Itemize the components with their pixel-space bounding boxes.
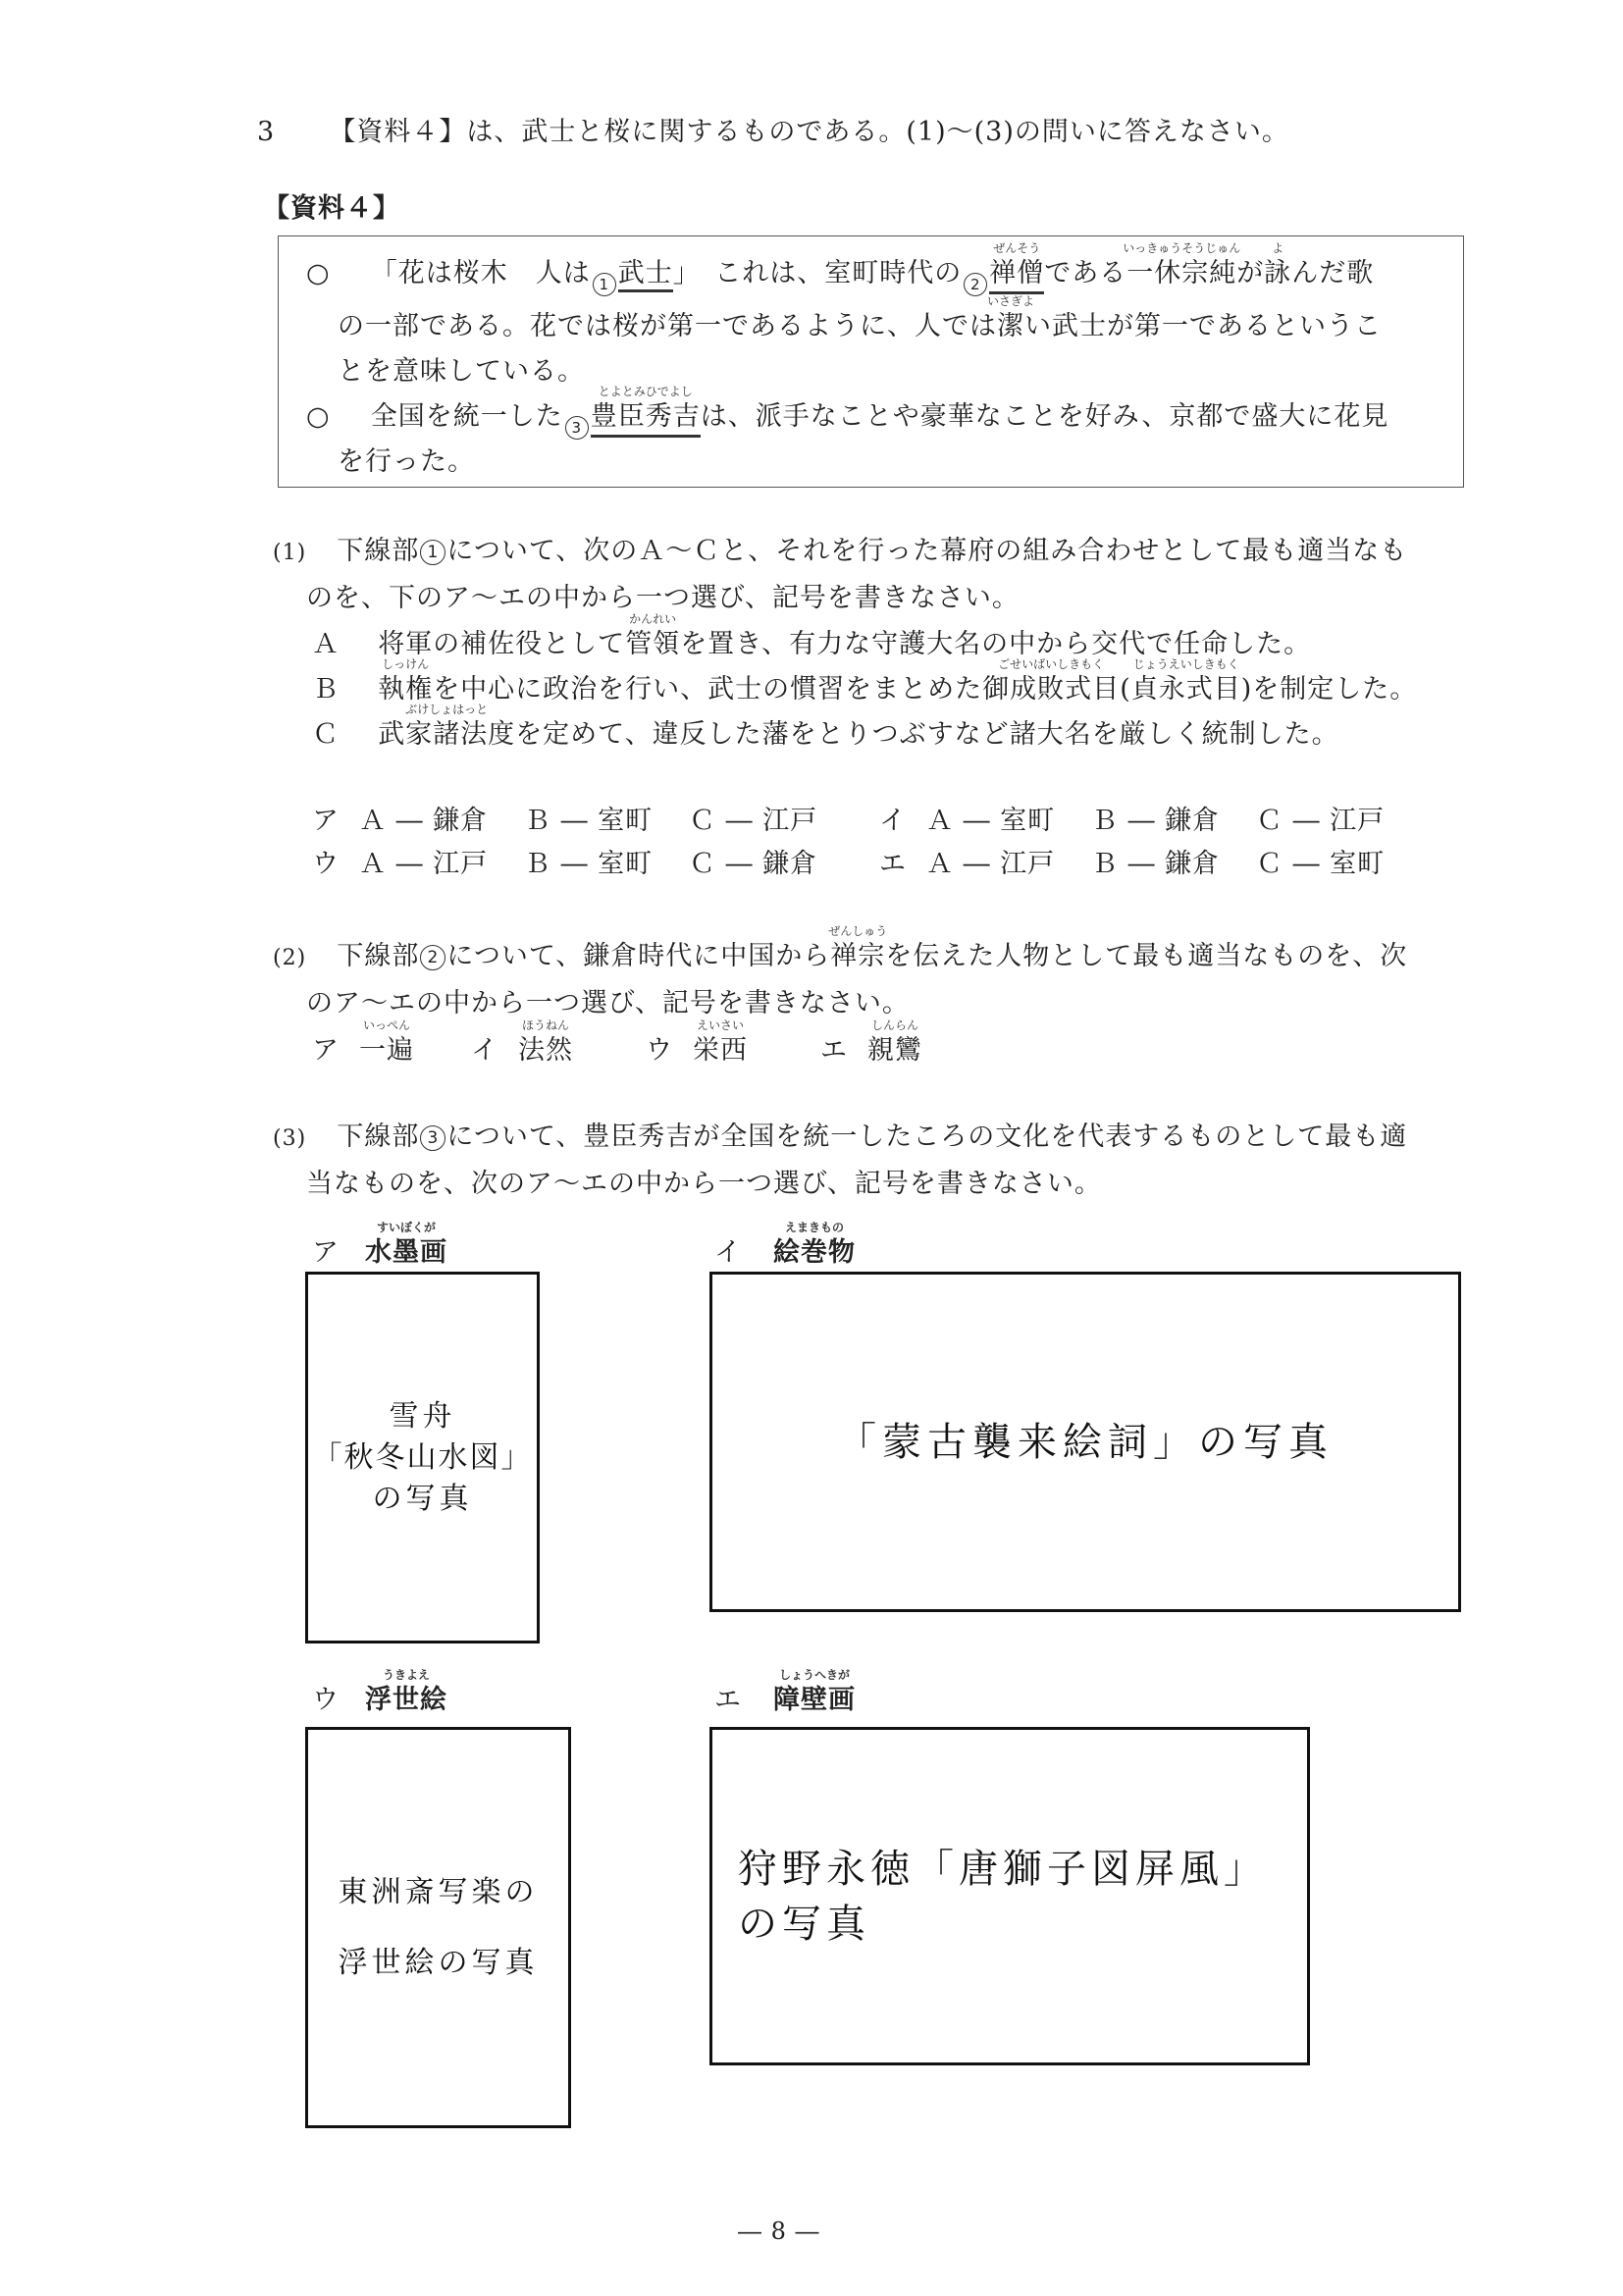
choice-part: Ｂ ― 鎌倉 — [1091, 848, 1256, 881]
q2-choice-a[interactable]: アいっぺん一遍 — [312, 1034, 471, 1068]
choice-part: Ｃ ― 室町 — [1256, 849, 1385, 879]
word: 禅僧 — [989, 258, 1044, 288]
underline-marker-2: 2 — [964, 273, 987, 296]
photo-caption: 狩野永徳「唐獅子図屏風」 の写真 — [738, 1842, 1268, 1952]
photo-caption: 東洲斎写楽の 浮世絵の写真 — [339, 1857, 539, 1999]
text: を置き、有力な守護大名の中から交代で任命した。 — [680, 629, 1311, 659]
underlined-zenso: ぜんそう禅僧 — [989, 257, 1044, 294]
choice-label: ウ — [646, 1034, 693, 1068]
q2-choice-u[interactable]: ウえいさい栄西 — [646, 1034, 820, 1068]
ruby-word: ほうねん法然 — [518, 1034, 573, 1068]
bullet-circle: ○ — [306, 401, 331, 432]
word: 執権 — [378, 674, 433, 704]
text: 」 これは、室町時代の — [673, 258, 963, 288]
option-title: 絵巻物 — [773, 1237, 856, 1268]
caption-line: の写真 — [738, 1897, 1268, 1952]
word: 潔 — [997, 311, 1024, 341]
word: 貞永式目 — [1131, 674, 1241, 704]
choice-part: Ａ ― 江戸 — [926, 848, 1091, 881]
choice-label: エ — [879, 848, 926, 881]
q1-prompt-line1: (1) 下線部1について、次のＡ〜Ｃと、それを行った幕府の組み合わせとして最も適… — [273, 535, 1407, 570]
word: 詠 — [1264, 258, 1291, 288]
choice-part: Ｃ ― 鎌倉 — [689, 849, 817, 879]
choice-part: Ｃ ― 江戸 — [689, 806, 817, 836]
ruby-word: いっきゅうそうじゅん一休宗純 — [1126, 257, 1236, 290]
question-intro: 【資料４】は、武士と桜に関するものである。(1)〜(3)の問いに答えなさい。 — [329, 117, 1289, 147]
ruby: ほうねん — [522, 1018, 569, 1032]
q2-choices: アいっぺん一遍イほうねん法然ウえいさい栄西エしんらん親鸞 — [312, 1034, 922, 1068]
text: 下線部 — [337, 1122, 419, 1152]
ruby: じょうえいしきもく — [1133, 657, 1239, 671]
option-title: 障壁画 — [773, 1685, 856, 1715]
text: 下線部 — [337, 941, 419, 971]
statement-label: Ｂ — [312, 674, 340, 704]
ruby: しっけん — [382, 657, 429, 671]
ruby-word: しっけん執権 — [378, 673, 433, 706]
caption-line: 浮世絵の写真 — [339, 1928, 539, 1999]
ruby-word: ごせいばいしきもく御成敗式目 — [982, 673, 1120, 706]
word: 親鸞 — [867, 1035, 922, 1066]
text: を伝えた人物として最も適当なものを、次 — [885, 941, 1407, 971]
photo-caption: 「蒙古襲来絵詞」の写真 — [837, 1415, 1334, 1470]
ruby: よ — [1272, 241, 1283, 255]
q2-label: (2) — [273, 946, 306, 970]
photo-caption: 雪舟 「秋冬山水図」 の写真 — [313, 1396, 533, 1520]
text: 全国を統一した — [371, 401, 563, 432]
ruby: いっきゅうそうじゅん — [1123, 241, 1240, 255]
q3-option-i-label[interactable]: イえまきもの絵巻物 — [714, 1236, 856, 1270]
q1-choice-u[interactable]: ウＡ ― 江戸Ｂ ― 室町Ｃ ― 鎌倉 — [312, 848, 817, 881]
choice-label: イ — [879, 805, 926, 838]
word: 一遍 — [359, 1035, 414, 1066]
word: 管領 — [625, 629, 680, 659]
text: 下線部 — [337, 536, 419, 566]
ruby-word: うきよえ浮世絵 — [365, 1684, 447, 1717]
q3-label: (3) — [273, 1126, 306, 1151]
ruby: いさぎよ — [987, 294, 1034, 308]
statement-label: Ｃ — [312, 719, 340, 750]
q1-choice-a[interactable]: アＡ ― 鎌倉Ｂ ― 室町Ｃ ― 江戸 — [312, 805, 817, 838]
material-item1-line3: とを意味している。 — [338, 355, 585, 389]
word: 栄西 — [693, 1035, 748, 1066]
material-item2-line2: を行った。 — [338, 445, 475, 479]
q3-option-a-label[interactable]: アすいぼくが水墨画 — [312, 1236, 447, 1270]
ruby: いっぺん — [363, 1018, 410, 1032]
text: を中心に政治を行い、武士の慣習をまとめた — [433, 674, 982, 704]
ruby-word: えいさい栄西 — [693, 1034, 748, 1068]
q2-prompt-line2: のア〜エの中から一つ選び、記号を書きなさい。 — [306, 987, 910, 1020]
q2-prompt-line1: (2) 下線部2について、鎌倉時代に中国からぜんしゅう禅宗を伝えた人物として最も… — [273, 940, 1407, 975]
material-item2-line1: ○ 全国を統一した3とよとみひでよし豊臣秀吉は、派手なことや豪華なことを好み、京… — [306, 400, 1388, 440]
statement-label: Ａ — [312, 629, 340, 659]
ruby-word: すいぼくが水墨画 — [365, 1236, 447, 1270]
text: 将軍の補佐役として — [378, 629, 625, 659]
text: について、鎌倉時代に中国から — [446, 941, 830, 971]
word: 一休宗純 — [1126, 258, 1236, 288]
choice-part: Ｂ ― 室町 — [524, 805, 689, 838]
option-title: 水墨画 — [365, 1237, 447, 1268]
q3-option-a-photo-placeholder: 雪舟 「秋冬山水図」 の写真 — [305, 1272, 540, 1644]
ruby-word: えまきもの絵巻物 — [773, 1236, 856, 1270]
caption-line: 狩野永徳「唐獅子図屏風」 — [738, 1842, 1268, 1897]
text: について、豊臣秀吉が全国を統一したころの文化を代表するものとして最も適 — [446, 1122, 1407, 1152]
material-title: 【資料４】 — [263, 192, 400, 226]
q1-statement-b: Ｂ しっけん執権を中心に政治を行い、武士の慣習をまとめたごせいばいしきもく御成敗… — [312, 673, 1417, 706]
choice-part: Ｃ ― 江戸 — [1256, 806, 1385, 836]
choice-label: エ — [820, 1034, 867, 1068]
question-header: 3 【資料４】は、武士と桜に関するものである。(1)〜(3)の問いに答えなさい。 — [257, 116, 1289, 149]
q1-prompt-line2: のを、下のア〜エの中から一つ選び、記号を書きなさい。 — [306, 582, 1020, 615]
ruby: ぜんしゅう — [828, 924, 887, 938]
ruby: ぶけしょはっと — [405, 703, 488, 716]
bullet-circle: ○ — [306, 258, 331, 288]
word: 法然 — [518, 1035, 573, 1066]
ruby: しんらん — [871, 1018, 918, 1032]
q1-choice-e[interactable]: エＡ ― 江戸Ｂ ― 鎌倉Ｃ ― 室町 — [879, 848, 1385, 881]
choice-part: Ｂ ― 室町 — [524, 848, 689, 881]
q1-choice-i[interactable]: イＡ ― 室町Ｂ ― 鎌倉Ｃ ― 江戸 — [879, 805, 1385, 838]
choice-label: ア — [312, 1034, 359, 1068]
text: が — [1236, 258, 1264, 288]
text: を定めて、違反した藩をとりつぶすなど諸大名を厳しく統制した。 — [515, 719, 1338, 750]
choice-part: Ａ ― 鎌倉 — [359, 805, 524, 838]
q3-option-e-photo-placeholder: 狩野永徳「唐獅子図屏風」 の写真 — [709, 1727, 1310, 2065]
text: の一部である。花では桜が第一であるように、人では — [338, 311, 997, 341]
choice-part: Ａ ― 江戸 — [359, 848, 524, 881]
text: 「花は桜木 人は — [371, 258, 591, 288]
ruby-word: しんらん親鸞 — [867, 1034, 922, 1068]
choice-label: イ — [471, 1034, 518, 1068]
ruby: とよとみひでよし — [599, 385, 693, 398]
q2-choice-e[interactable]: エしんらん親鸞 — [820, 1034, 922, 1068]
material-item1-line1: ○ 「花は桜木 人は1武士」 これは、室町時代の2ぜんそう禅僧であるいっきゅうそ… — [306, 257, 1374, 296]
caption-line: の写真 — [313, 1479, 533, 1520]
text: んだ歌 — [1291, 258, 1374, 288]
underline-marker-3: 3 — [565, 416, 589, 440]
ruby-word: よ詠 — [1264, 257, 1291, 290]
ruby: うきよえ — [383, 1668, 430, 1682]
ruby-word: いっぺん一遍 — [359, 1034, 414, 1068]
ruby: すいぼくが — [377, 1221, 436, 1234]
text: い武士が第一であるというこ — [1024, 311, 1382, 341]
choice-label: ア — [312, 805, 359, 838]
ruby-word: ぜんしゅう禅宗 — [830, 940, 885, 973]
text: について、次のＡ〜Ｃと、それを行った幕府の組み合わせとして最も適当なも — [446, 536, 1407, 566]
ruby-word: かんれい管領 — [625, 628, 680, 661]
choice-part: Ａ ― 室町 — [926, 805, 1091, 838]
q1-label: (1) — [273, 541, 306, 565]
ruby: かんれい — [629, 612, 676, 626]
caption-line: 「秋冬山水図」 — [313, 1437, 533, 1479]
word: 武家諸法度 — [378, 719, 515, 750]
ruby: ごせいばいしきもく — [998, 657, 1104, 671]
text: )を制定した。 — [1241, 674, 1418, 704]
ruby: えいさい — [697, 1018, 744, 1032]
underlined-hideyoshi: とよとみひでよし豊臣秀吉 — [591, 400, 701, 438]
text: は、派手なことや豪華なことを好み、京都で盛大に花見 — [701, 401, 1389, 432]
choice-label: ア — [312, 1236, 365, 1270]
q3-option-i-photo-placeholder: 「蒙古襲来絵詞」の写真 — [709, 1272, 1461, 1612]
caption-line: 東洲斎写楽の — [339, 1857, 539, 1928]
choice-label: イ — [714, 1236, 773, 1270]
text: である — [1044, 258, 1126, 288]
word: 豊臣秀吉 — [591, 401, 701, 432]
ruby: ぜんそう — [993, 241, 1040, 255]
underline-marker-1: 1 — [593, 273, 616, 296]
q3-prompt-line1: (3) 下線部3について、豊臣秀吉が全国を統一したころの文化を代表するものとして… — [273, 1121, 1407, 1156]
choice-part: Ｂ ― 鎌倉 — [1091, 805, 1256, 838]
page-number: ― 8 ― — [738, 2215, 820, 2248]
ruby-word: いさぎよ潔 — [997, 310, 1024, 343]
word: 禅宗 — [830, 941, 885, 971]
caption-line: 雪舟 — [313, 1396, 533, 1437]
q3-option-e-label[interactable]: エしょうへきが障壁画 — [714, 1684, 856, 1717]
text: ( — [1120, 674, 1131, 704]
ruby-word: じょうえいしきもく貞永式目 — [1131, 673, 1241, 706]
underlined-bushi: 武士 — [618, 258, 673, 292]
ruby-word: ぶけしょはっと武家諸法度 — [378, 718, 515, 752]
q1-statement-c: Ｃ ぶけしょはっと武家諸法度を定めて、違反した藩をとりつぶすなど諸大名を厳しく統… — [312, 718, 1339, 752]
choice-label: ウ — [312, 848, 359, 881]
choice-label: エ — [714, 1684, 773, 1717]
q3-option-u-photo-placeholder: 東洲斎写楽の 浮世絵の写真 — [305, 1727, 571, 2128]
q3-prompt-line2: 当なものを、次のア〜エの中から一つ選び、記号を書きなさい。 — [306, 1168, 1102, 1201]
question-number: 3 — [257, 117, 275, 147]
ruby-word: しょうへきが障壁画 — [773, 1684, 856, 1717]
q3-option-u-label[interactable]: ウうきよえ浮世絵 — [312, 1684, 447, 1717]
marker-2: 2 — [420, 945, 445, 970]
q2-choice-i[interactable]: イほうねん法然 — [471, 1034, 646, 1068]
option-title: 浮世絵 — [365, 1685, 447, 1715]
marker-3: 3 — [420, 1125, 445, 1151]
ruby: えまきもの — [785, 1221, 844, 1234]
ruby: しょうへきが — [779, 1668, 850, 1682]
material-item1-line2: の一部である。花では桜が第一であるように、人ではいさぎよ潔い武士が第一であるとい… — [338, 310, 1382, 343]
word: 御成敗式目 — [982, 674, 1120, 704]
q1-statement-a: Ａ 将軍の補佐役としてかんれい管領を置き、有力な守護大名の中から交代で任命した。 — [312, 628, 1311, 661]
marker-1: 1 — [420, 540, 445, 565]
choice-label: ウ — [312, 1684, 365, 1717]
